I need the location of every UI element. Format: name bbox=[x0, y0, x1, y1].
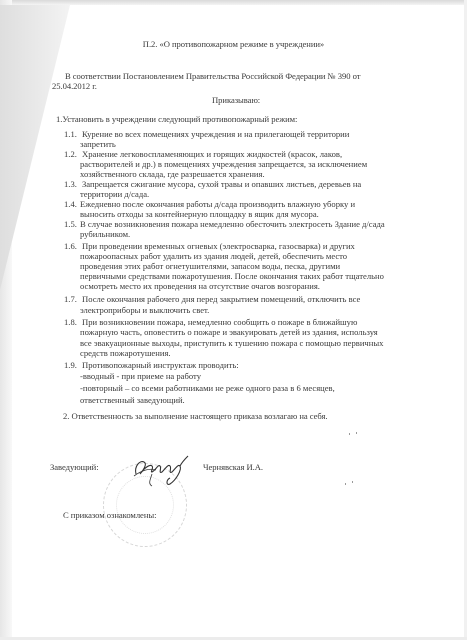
item-line: При проведении временных огневых (электр… bbox=[82, 241, 355, 251]
item-line: Противопожарный инструктаж проводить: bbox=[82, 360, 239, 370]
item-line: -повторный – со всеми работниками не реж… bbox=[80, 383, 335, 393]
item-line: Курение во всех помещениях учреждения и … bbox=[82, 129, 349, 139]
item-line: Запрещается сжигание мусора, сухой травы… bbox=[82, 179, 361, 189]
item-line: электроприборы и выключить свет. bbox=[80, 305, 209, 315]
item-line: хозяйственного склада, где разрешается х… bbox=[80, 169, 265, 179]
item-line: Ежедневно после окончания работы д/сада … bbox=[80, 199, 355, 209]
order-word: Приказываю: bbox=[212, 95, 260, 105]
item-line: территории д/сада. bbox=[80, 189, 149, 199]
item-number: 1.9. bbox=[64, 360, 77, 370]
intro-line-2: 25.04.2012 г. bbox=[52, 81, 97, 91]
item-line: ответственный заведующий. bbox=[80, 395, 185, 405]
item-line: пожароопасных работ удалить из здания лю… bbox=[80, 251, 347, 261]
acknowledged-label: С приказом ознакомлены: bbox=[63, 510, 156, 520]
item-line: проведения этих работ огнетушителями, за… bbox=[80, 261, 340, 271]
item-number: 1.5. bbox=[64, 219, 77, 229]
item-line: запретить bbox=[80, 139, 116, 149]
signatory-name: Чернявская И.А. bbox=[203, 462, 263, 472]
document-title: П.2. «О противопожарном режиме в учрежде… bbox=[0, 39, 467, 49]
scan-speck bbox=[345, 483, 346, 485]
item-number: 1.7. bbox=[64, 294, 77, 304]
item-number: 1.3. bbox=[64, 179, 77, 189]
item-line: первичными средствами пожаротушения. Пос… bbox=[80, 271, 384, 281]
item-number: 1.4. bbox=[64, 199, 77, 209]
item-line: В случае возникновения пожара немедленно… bbox=[80, 219, 385, 229]
intro-line-1: В соответствии Постановлением Правительс… bbox=[65, 71, 360, 81]
signature-position: Заведующий: bbox=[50, 462, 99, 472]
item-line: осмотреть место их проведения на отсутст… bbox=[80, 281, 320, 291]
item-line: средств пожаротушения. bbox=[80, 348, 171, 358]
item-line: -вводный - при приеме на работу bbox=[80, 371, 201, 381]
handwritten-signature bbox=[130, 446, 192, 488]
item-line: выносить отходы за контейнерную площадку… bbox=[80, 209, 319, 219]
scan-speck bbox=[356, 432, 357, 434]
item-line: все эвакуационные выходы, приступить к т… bbox=[80, 338, 383, 348]
scan-speck bbox=[349, 433, 350, 435]
scanned-page: П.2. «О противопожарном режиме в учрежде… bbox=[0, 0, 467, 640]
item-number: 1.2. bbox=[64, 149, 77, 159]
item-line: При возникновении пожара, немедленно соо… bbox=[82, 317, 357, 327]
item-line: рубильником. bbox=[80, 229, 130, 239]
item-line: Хранение легковоспламеняющих и горящих ж… bbox=[82, 149, 342, 159]
scan-speck bbox=[352, 481, 353, 483]
item-line: растворителей и др.) в помещениях учрежд… bbox=[80, 159, 367, 169]
item-line: пожарную часть, оповестить о пожаре и эв… bbox=[80, 327, 378, 337]
item-number: 1.6. bbox=[64, 241, 77, 251]
item-number: 1.1. bbox=[64, 129, 77, 139]
item-number: 1.8. bbox=[64, 317, 77, 327]
section-1-heading: 1.Установить в учреждении следующий прот… bbox=[56, 114, 297, 124]
section-2: 2. Ответственность за выполнение настоящ… bbox=[63, 411, 327, 421]
item-line: После окончания рабочего дня перед закры… bbox=[82, 294, 360, 304]
